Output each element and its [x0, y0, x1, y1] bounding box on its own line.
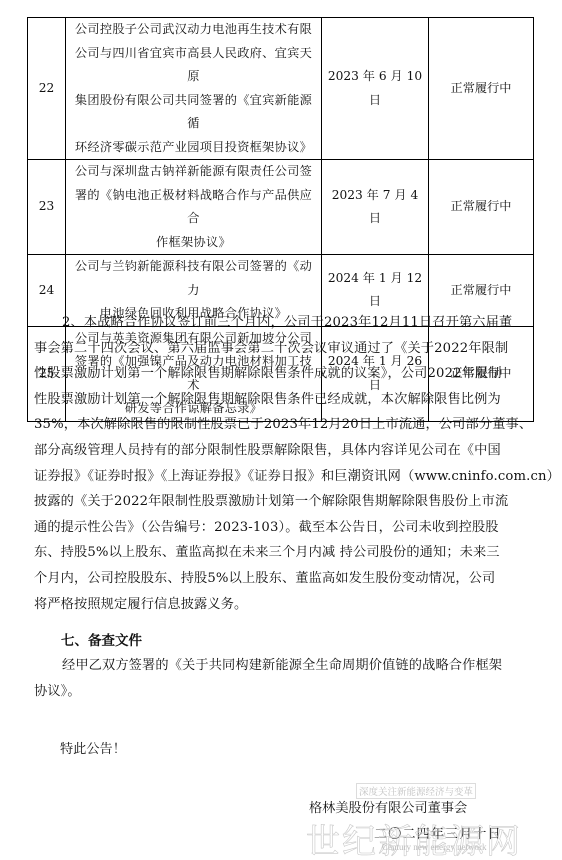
- table-row: 22 公司控股子公司武汉动力电池再生技术有限 公司与四川省宜宾市高县人民政府、宜…: [28, 18, 534, 160]
- table-row: 23 公司与深圳盘古钠祥新能源有限责任公司签 署的《钠电池正极材料战略合作与产品…: [28, 160, 534, 255]
- paragraph-line: 东、持股5%以上股东、董监高拟在未来三个月内减 持公司股份的通知；未来三: [34, 540, 534, 566]
- paragraph-line: 经甲乙双方签署的《关于共同构建新能源全生命周期价值链的战略合作框架: [34, 653, 534, 679]
- row-number: 22: [28, 18, 66, 160]
- closing-text: 特此公告！: [60, 738, 126, 757]
- signature-date: 二〇二四年三月十日: [374, 823, 502, 842]
- paragraph-line: 披露的《关于2022年限制性股票激励计划第一个解除限售期解除限售股份上市流: [34, 489, 534, 515]
- paragraph-line: 部分高级管理人员持有的部分限制性股票解除限售，具体内容详见公司在《中国: [34, 438, 534, 464]
- status: 正常履行中: [429, 18, 534, 160]
- signature-company: 格林美股份有限公司董事会: [309, 797, 467, 816]
- agreement-description: 公司与深圳盘古钠祥新能源有限责任公司签 署的《钠电池正极材料战略合作与产品供应合…: [66, 160, 322, 255]
- description-line: 公司与四川省宜宾市高县人民政府、宜宾天原: [70, 42, 317, 89]
- paragraph-line: 2、本战略合作协议签订前三个月内，公司于2023年12月11日召开第六届董: [34, 310, 534, 336]
- agreement-description: 公司控股子公司武汉动力电池再生技术有限 公司与四川省宜宾市高县人民政府、宜宾天原…: [66, 18, 322, 160]
- row-number: 23: [28, 160, 66, 255]
- description-line: 公司与兰钧新能源科技有限公司签署的《动力: [70, 255, 317, 302]
- description-line: 公司与深圳盘古钠祥新能源有限责任公司签: [70, 160, 317, 184]
- description-line: 环经济零碳示范产业园项目投资框架协议》: [70, 136, 317, 160]
- paragraph-line: 性股票激励计划第一个解除限售期解除限售条件成就的议案》，公司2022年限制: [34, 361, 534, 387]
- paragraph-line: 协议》。: [34, 679, 534, 705]
- sign-date: 2023 年 7 月 4 日: [322, 160, 429, 255]
- section-7-body: 经甲乙双方签署的《关于共同构建新能源全生命周期价值链的战略合作框架 协议》。: [34, 653, 534, 704]
- description-line: 作框架协议》: [70, 231, 317, 255]
- paragraph-line: 将严格按照规定履行信息披露义务。: [34, 592, 534, 618]
- watermark-english: Century new energy network: [382, 842, 487, 852]
- paragraph-line: 证券报》《证券时报》《上海证券报》《证券日报》和巨潮资讯网（www.cninfo…: [34, 464, 534, 490]
- section-heading: 七、备查文件: [61, 629, 142, 649]
- status: 正常履行中: [429, 160, 534, 255]
- paragraph-line: 35%，本次解除限售的限制性股票已于2023年12月20日上市流通，公司部分董事…: [34, 412, 534, 438]
- description-line: 署的《钠电池正极材料战略合作与产品供应合: [70, 184, 317, 231]
- paragraph-2: 2、本战略合作协议签订前三个月内，公司于2023年12月11日召开第六届董 事会…: [34, 310, 534, 617]
- paragraph-line: 性股票激励计划第一个解除限售期解除限售条件已经成就，本次解除限售比例为: [34, 387, 534, 413]
- paragraph-line: 事会第二十四次会议、第六届监事会第二十次会议审议通过了《关于2022年限制: [34, 336, 534, 362]
- description-line: 集团股份有限公司共同签署的《宜宾新能源循: [70, 89, 317, 136]
- paragraph-line: 通的提示性公告》（公告编号：2023-103）。截至本公告日，公司未收到控股股: [34, 515, 534, 541]
- sign-date: 2023 年 6 月 10 日: [322, 18, 429, 160]
- paragraph-line: 个月内，公司控股股东、持股5%以上股东、董监高如发生股份变动情况，公司: [34, 566, 534, 592]
- description-line: 公司控股子公司武汉动力电池再生技术有限: [70, 18, 317, 42]
